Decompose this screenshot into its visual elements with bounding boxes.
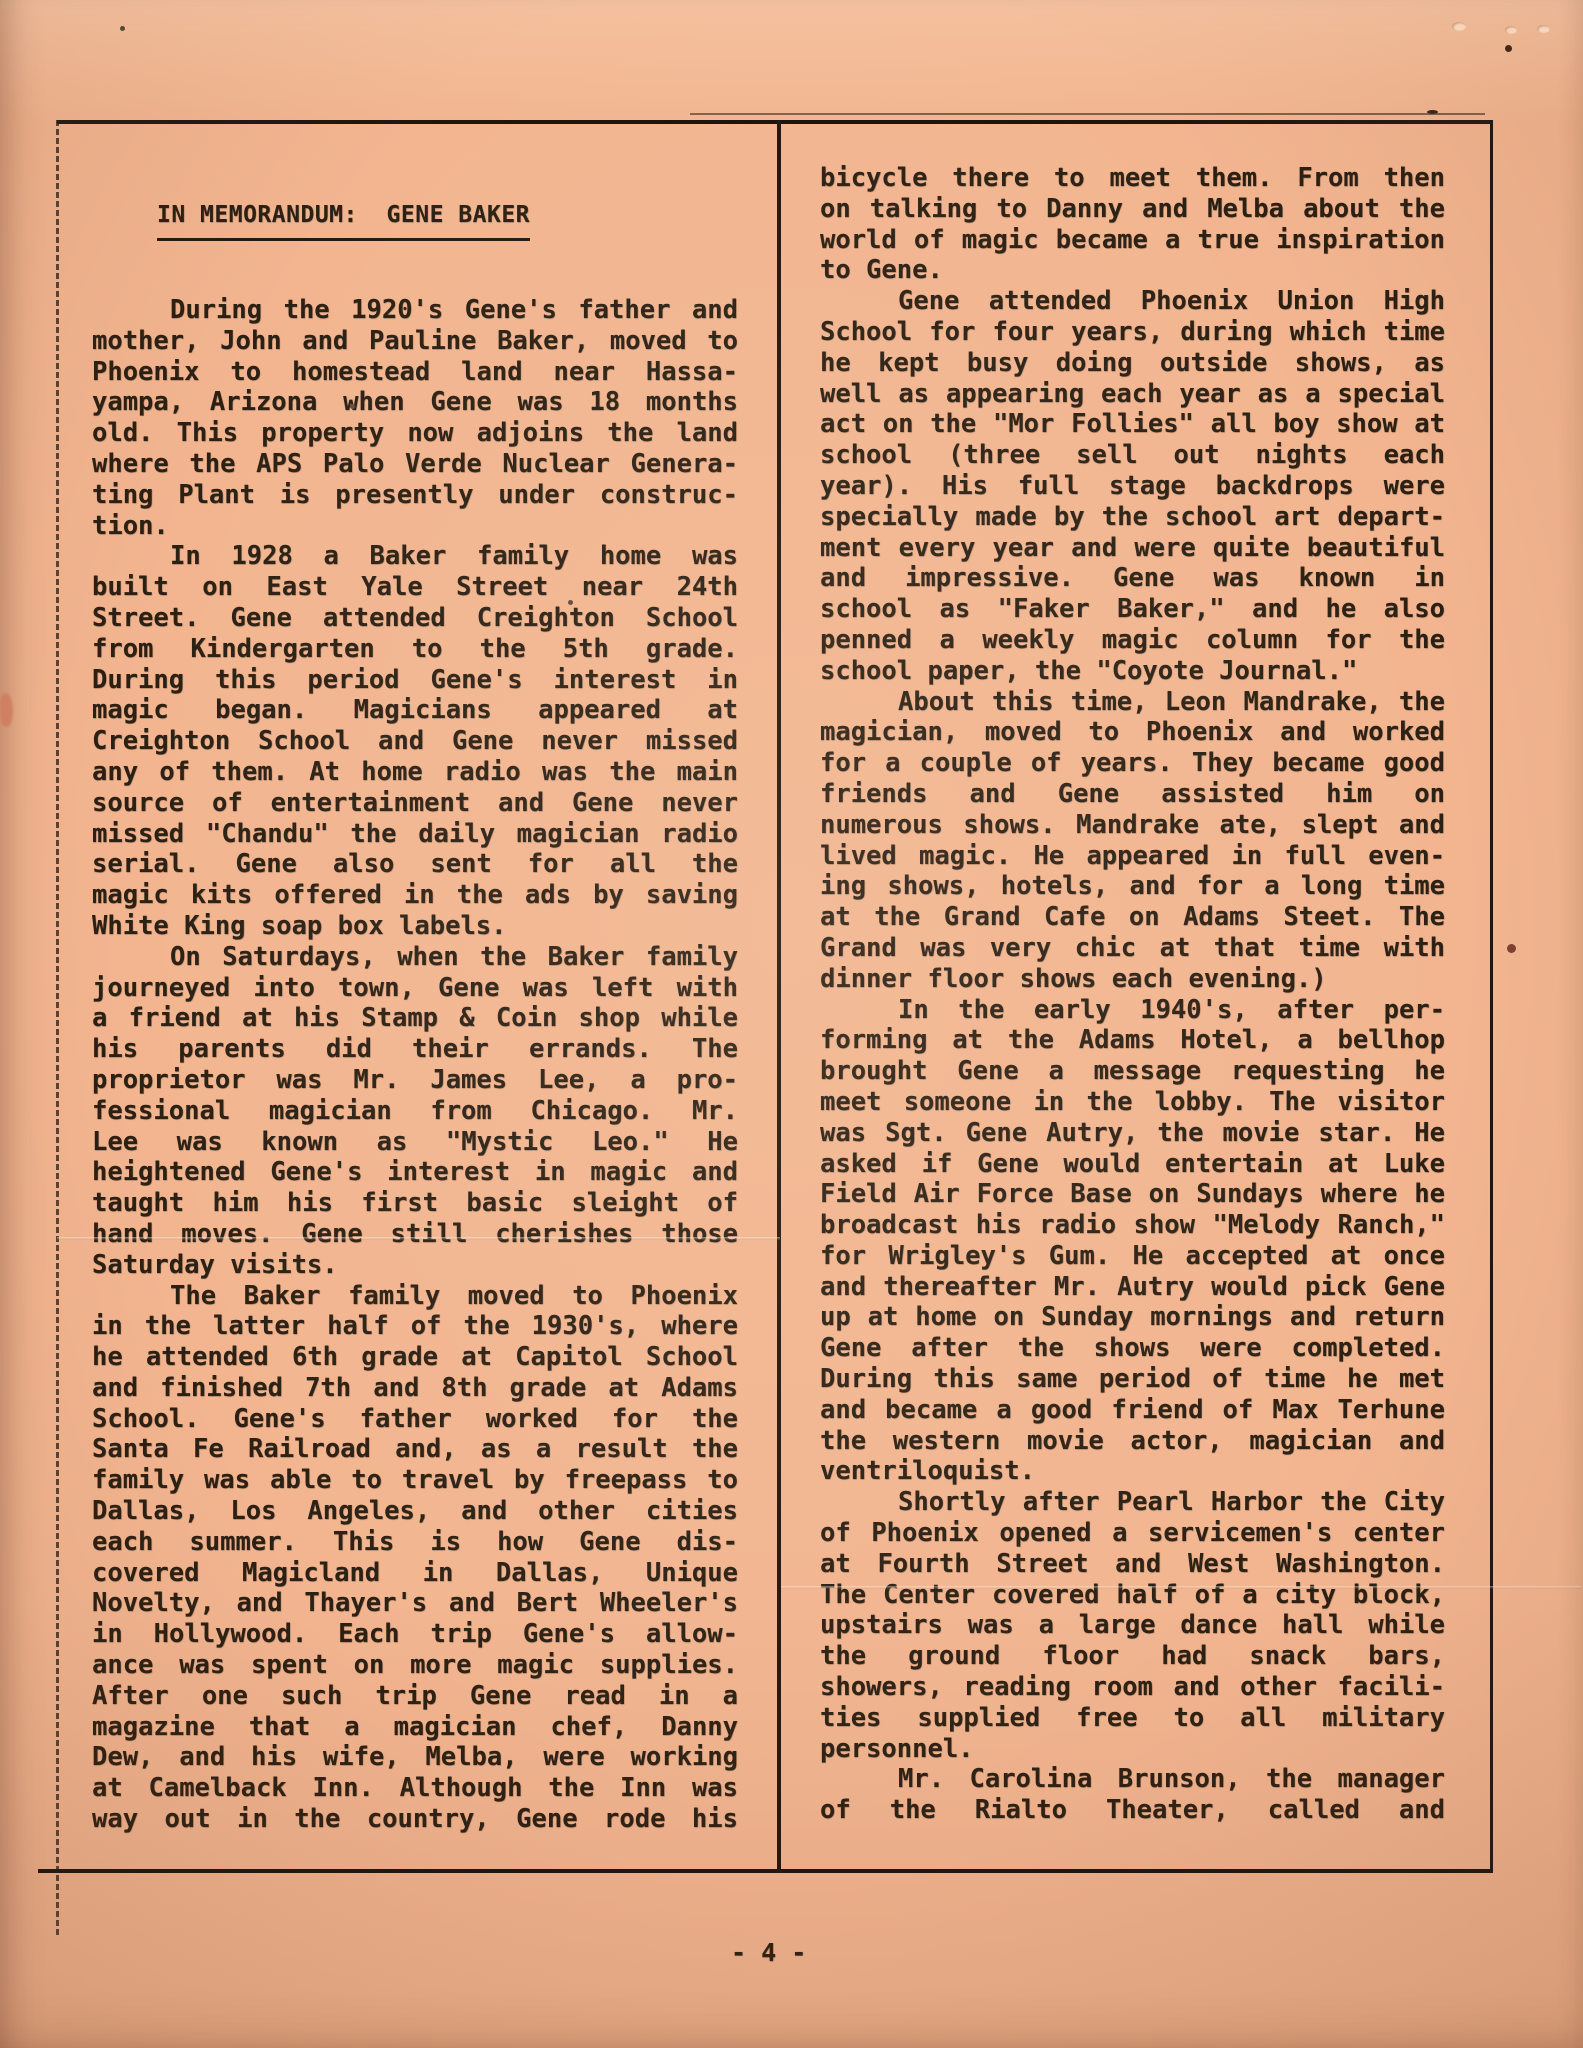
column-divider-rule — [777, 120, 781, 1873]
text-line: After one such trip Gene read in a — [92, 1681, 738, 1712]
text-line: built on East Yale Street near 24th — [92, 572, 738, 603]
text-line: magic kits offered in the ads by saving — [92, 880, 738, 911]
text-line: magician, moved to Phoenix and worked — [820, 717, 1445, 748]
text-line: broadcast his radio show "Melody Ranch," — [820, 1210, 1445, 1241]
text-line: magic began. Magicians appeared at — [92, 695, 738, 726]
text-line: During this period Gene's interest in — [92, 665, 738, 696]
right-text-column: bicycle there to meet them. From thenon … — [820, 163, 1445, 1826]
text-line: taught him his first basic sleight of — [92, 1188, 738, 1219]
text-line: Field Air Force Base on Sundays where he — [820, 1179, 1445, 1210]
text-line: specially made by the school art depart- — [820, 502, 1445, 533]
scan-artifact-dot — [1427, 110, 1438, 114]
scan-artifact-dent — [1452, 22, 1466, 31]
text-line: upstairs was a large dance hall while — [820, 1610, 1445, 1641]
text-line: During this same period of time he met — [820, 1364, 1445, 1395]
text-line: in Hollywood. Each trip Gene's allow- — [92, 1619, 738, 1650]
scan-artifact-dot — [1507, 944, 1516, 953]
text-line: Saturday visits. — [92, 1250, 738, 1281]
text-line: way out in the country, Gene rode his — [92, 1804, 738, 1835]
text-line: Gene attended Phoenix Union High — [820, 286, 1445, 317]
text-line: school (three sell out nights each — [820, 440, 1445, 471]
text-line: The Baker family moved to Phoenix — [92, 1281, 738, 1312]
text-line: brought Gene a message requesting he — [820, 1056, 1445, 1087]
text-line: showers, reading room and other facili- — [820, 1672, 1445, 1703]
text-line: ment every year and were quite beautiful — [820, 533, 1445, 564]
text-line: for Wrigley's Gum. He accepted at once — [820, 1241, 1445, 1272]
text-line: penned a weekly magic column for the — [820, 625, 1445, 656]
text-line: serial. Gene also sent for all the — [92, 849, 738, 880]
text-line: well as appearing each year as a special — [820, 379, 1445, 410]
scan-artifact-dot — [120, 26, 125, 31]
frame-border-right — [1490, 120, 1493, 1873]
frame-border-top — [57, 120, 1493, 124]
left-text-column: During the 1920's Gene's father andmothe… — [92, 295, 738, 1835]
text-line: proprietor was Mr. James Lee, a pro- — [92, 1065, 738, 1096]
text-line: About this time, Leon Mandrake, the — [820, 687, 1445, 718]
text-line: magazine that a magician chef, Danny — [92, 1712, 738, 1743]
text-line: from Kindergarten to the 5th grade. — [92, 634, 738, 665]
text-line: ing shows, hotels, and for a long time — [820, 871, 1445, 902]
text-line: Gene after the shows were completed. — [820, 1333, 1445, 1364]
text-line: school paper, the "Coyote Journal." — [820, 656, 1445, 687]
text-line: Dew, and his wife, Melba, were working — [92, 1742, 738, 1773]
text-line: White King soap box labels. — [92, 911, 738, 942]
text-line: missed "Chandu" the daily magician radio — [92, 819, 738, 850]
text-line: bicycle there to meet them. From then — [820, 163, 1445, 194]
text-line: ventriloquist. — [820, 1456, 1445, 1487]
text-line: forming at the Adams Hotel, a bellhop — [820, 1025, 1445, 1056]
text-line: friends and Gene assisted him on — [820, 779, 1445, 810]
frame-border-bottom — [38, 1869, 1493, 1873]
text-line: School for four years, during which time — [820, 317, 1445, 348]
text-line: ance was spent on more magic supplies. — [92, 1650, 738, 1681]
text-line: Phoenix to homestead land near Hassa- — [92, 357, 738, 388]
text-line: at the Grand Cafe on Adams Steet. The — [820, 902, 1445, 933]
text-line: was Sgt. Gene Autry, the movie star. He — [820, 1118, 1445, 1149]
scan-artifact-dent — [1537, 25, 1550, 33]
frame-border-left — [56, 120, 59, 1935]
text-line: On Saturdays, when the Baker family — [92, 942, 738, 973]
text-line: his parents did their errands. The — [92, 1034, 738, 1065]
text-line: any of them. At home radio was the main — [92, 757, 738, 788]
text-line: heightened Gene's interest in magic and — [92, 1157, 738, 1188]
text-line: In 1928 a Baker family home was — [92, 541, 738, 572]
text-line: family was able to travel by freepass to — [92, 1465, 738, 1496]
text-line: old. This property now adjoins the land — [92, 418, 738, 449]
text-line: at Fourth Street and West Washington. — [820, 1549, 1445, 1580]
text-line: Grand was very chic at that time with — [820, 933, 1445, 964]
text-line: year). His full stage backdrops were — [820, 471, 1445, 502]
text-line: In the early 1940's, after per- — [820, 995, 1445, 1026]
text-line: school as "Faker Baker," and he also — [820, 594, 1445, 625]
text-line: to Gene. — [820, 255, 1445, 286]
text-line: dinner floor shows each evening.) — [820, 964, 1445, 995]
text-line: Lee was known as "Mystic Leo." He — [92, 1127, 738, 1158]
text-line: where the APS Palo Verde Nuclear Genera- — [92, 449, 738, 480]
text-line: he kept busy doing outside shows, as — [820, 348, 1445, 379]
text-line: for a couple of years. They became good — [820, 748, 1445, 779]
text-line: mother, John and Pauline Baker, moved to — [92, 326, 738, 357]
text-line: fessional magician from Chicago. Mr. — [92, 1096, 738, 1127]
text-line: The Center covered half of a city block, — [820, 1580, 1445, 1611]
text-line: personnel. — [820, 1734, 1445, 1765]
text-line: up at home on Sunday mornings and return — [820, 1302, 1445, 1333]
text-line: and became a good friend of Max Terhune — [820, 1395, 1445, 1426]
scan-artifact-blotch — [0, 693, 13, 727]
text-line: Santa Fe Railroad and, as a result the — [92, 1434, 738, 1465]
text-line: Street. Gene attended Creighton School — [92, 603, 738, 634]
text-line: covered Magicland in Dallas, Unique — [92, 1558, 738, 1589]
text-line: and finished 7th and 8th grade at Adams — [92, 1373, 738, 1404]
scan-artifact-dot — [350, 404, 355, 409]
text-line: act on the "Mor Follies" all boy show at — [820, 409, 1445, 440]
scan-artifact-dot — [568, 600, 573, 605]
text-line: Mr. Carolina Brunson, the manager — [820, 1764, 1445, 1795]
text-line: Shortly after Pearl Harbor the City — [820, 1487, 1445, 1518]
text-line: ting Plant is presently under construc- — [92, 480, 738, 511]
text-line: Creighton School and Gene never missed — [92, 726, 738, 757]
text-line: he attended 6th grade at Capitol School — [92, 1342, 738, 1373]
text-line: of Phoenix opened a servicemen's center — [820, 1518, 1445, 1549]
text-line: ties supplied free to all military — [820, 1703, 1445, 1734]
text-line: yampa, Arizona when Gene was 18 months — [92, 387, 738, 418]
text-line: tion. — [92, 511, 738, 542]
text-line: numerous shows. Mandrake ate, slept and — [820, 810, 1445, 841]
text-line: of the Rialto Theater, called and — [820, 1795, 1445, 1826]
text-line: source of entertainment and Gene never — [92, 788, 738, 819]
text-line: Novelty, and Thayer's and Bert Wheeler's — [92, 1588, 738, 1619]
text-line: world of magic became a true inspiration — [820, 225, 1445, 256]
text-line: on talking to Danny and Melba about the — [820, 194, 1445, 225]
text-line: a friend at his Stamp & Coin shop while — [92, 1003, 738, 1034]
scanned-newsletter-page: { "page": { "paper_color": "#f2b590", "i… — [0, 0, 1583, 2048]
text-line: and thereafter Mr. Autry would pick Gene — [820, 1272, 1445, 1303]
text-line: lived magic. He appeared in full even- — [820, 841, 1445, 872]
text-line: each summer. This is how Gene dis- — [92, 1527, 738, 1558]
text-line: in the latter half of the 1930's, where — [92, 1311, 738, 1342]
scan-artifact-dot — [1505, 45, 1512, 52]
text-line: at Camelback Inn. Although the Inn was — [92, 1773, 738, 1804]
text-line: meet someone in the lobby. The visitor — [820, 1087, 1445, 1118]
text-line: journeyed into town, Gene was left with — [92, 973, 738, 1004]
text-line: Dallas, Los Angeles, and other cities — [92, 1496, 738, 1527]
text-line: hand moves. Gene still cherishes those — [92, 1219, 738, 1250]
text-line: the ground floor had snack bars, — [820, 1641, 1445, 1672]
text-line: During the 1920's Gene's father and — [92, 295, 738, 326]
page-number: - 4 - — [731, 1938, 806, 1967]
article-title: IN MEMORANDUM: GENE BAKER — [157, 202, 530, 241]
top-border-ghost-line — [690, 113, 1485, 115]
scan-artifact-dent — [1505, 26, 1517, 34]
text-line: the western movie actor, magician and — [820, 1426, 1445, 1457]
text-line: asked if Gene would entertain at Luke — [820, 1149, 1445, 1180]
text-line: and impressive. Gene was known in — [820, 563, 1445, 594]
text-line: School. Gene's father worked for the — [92, 1404, 738, 1435]
